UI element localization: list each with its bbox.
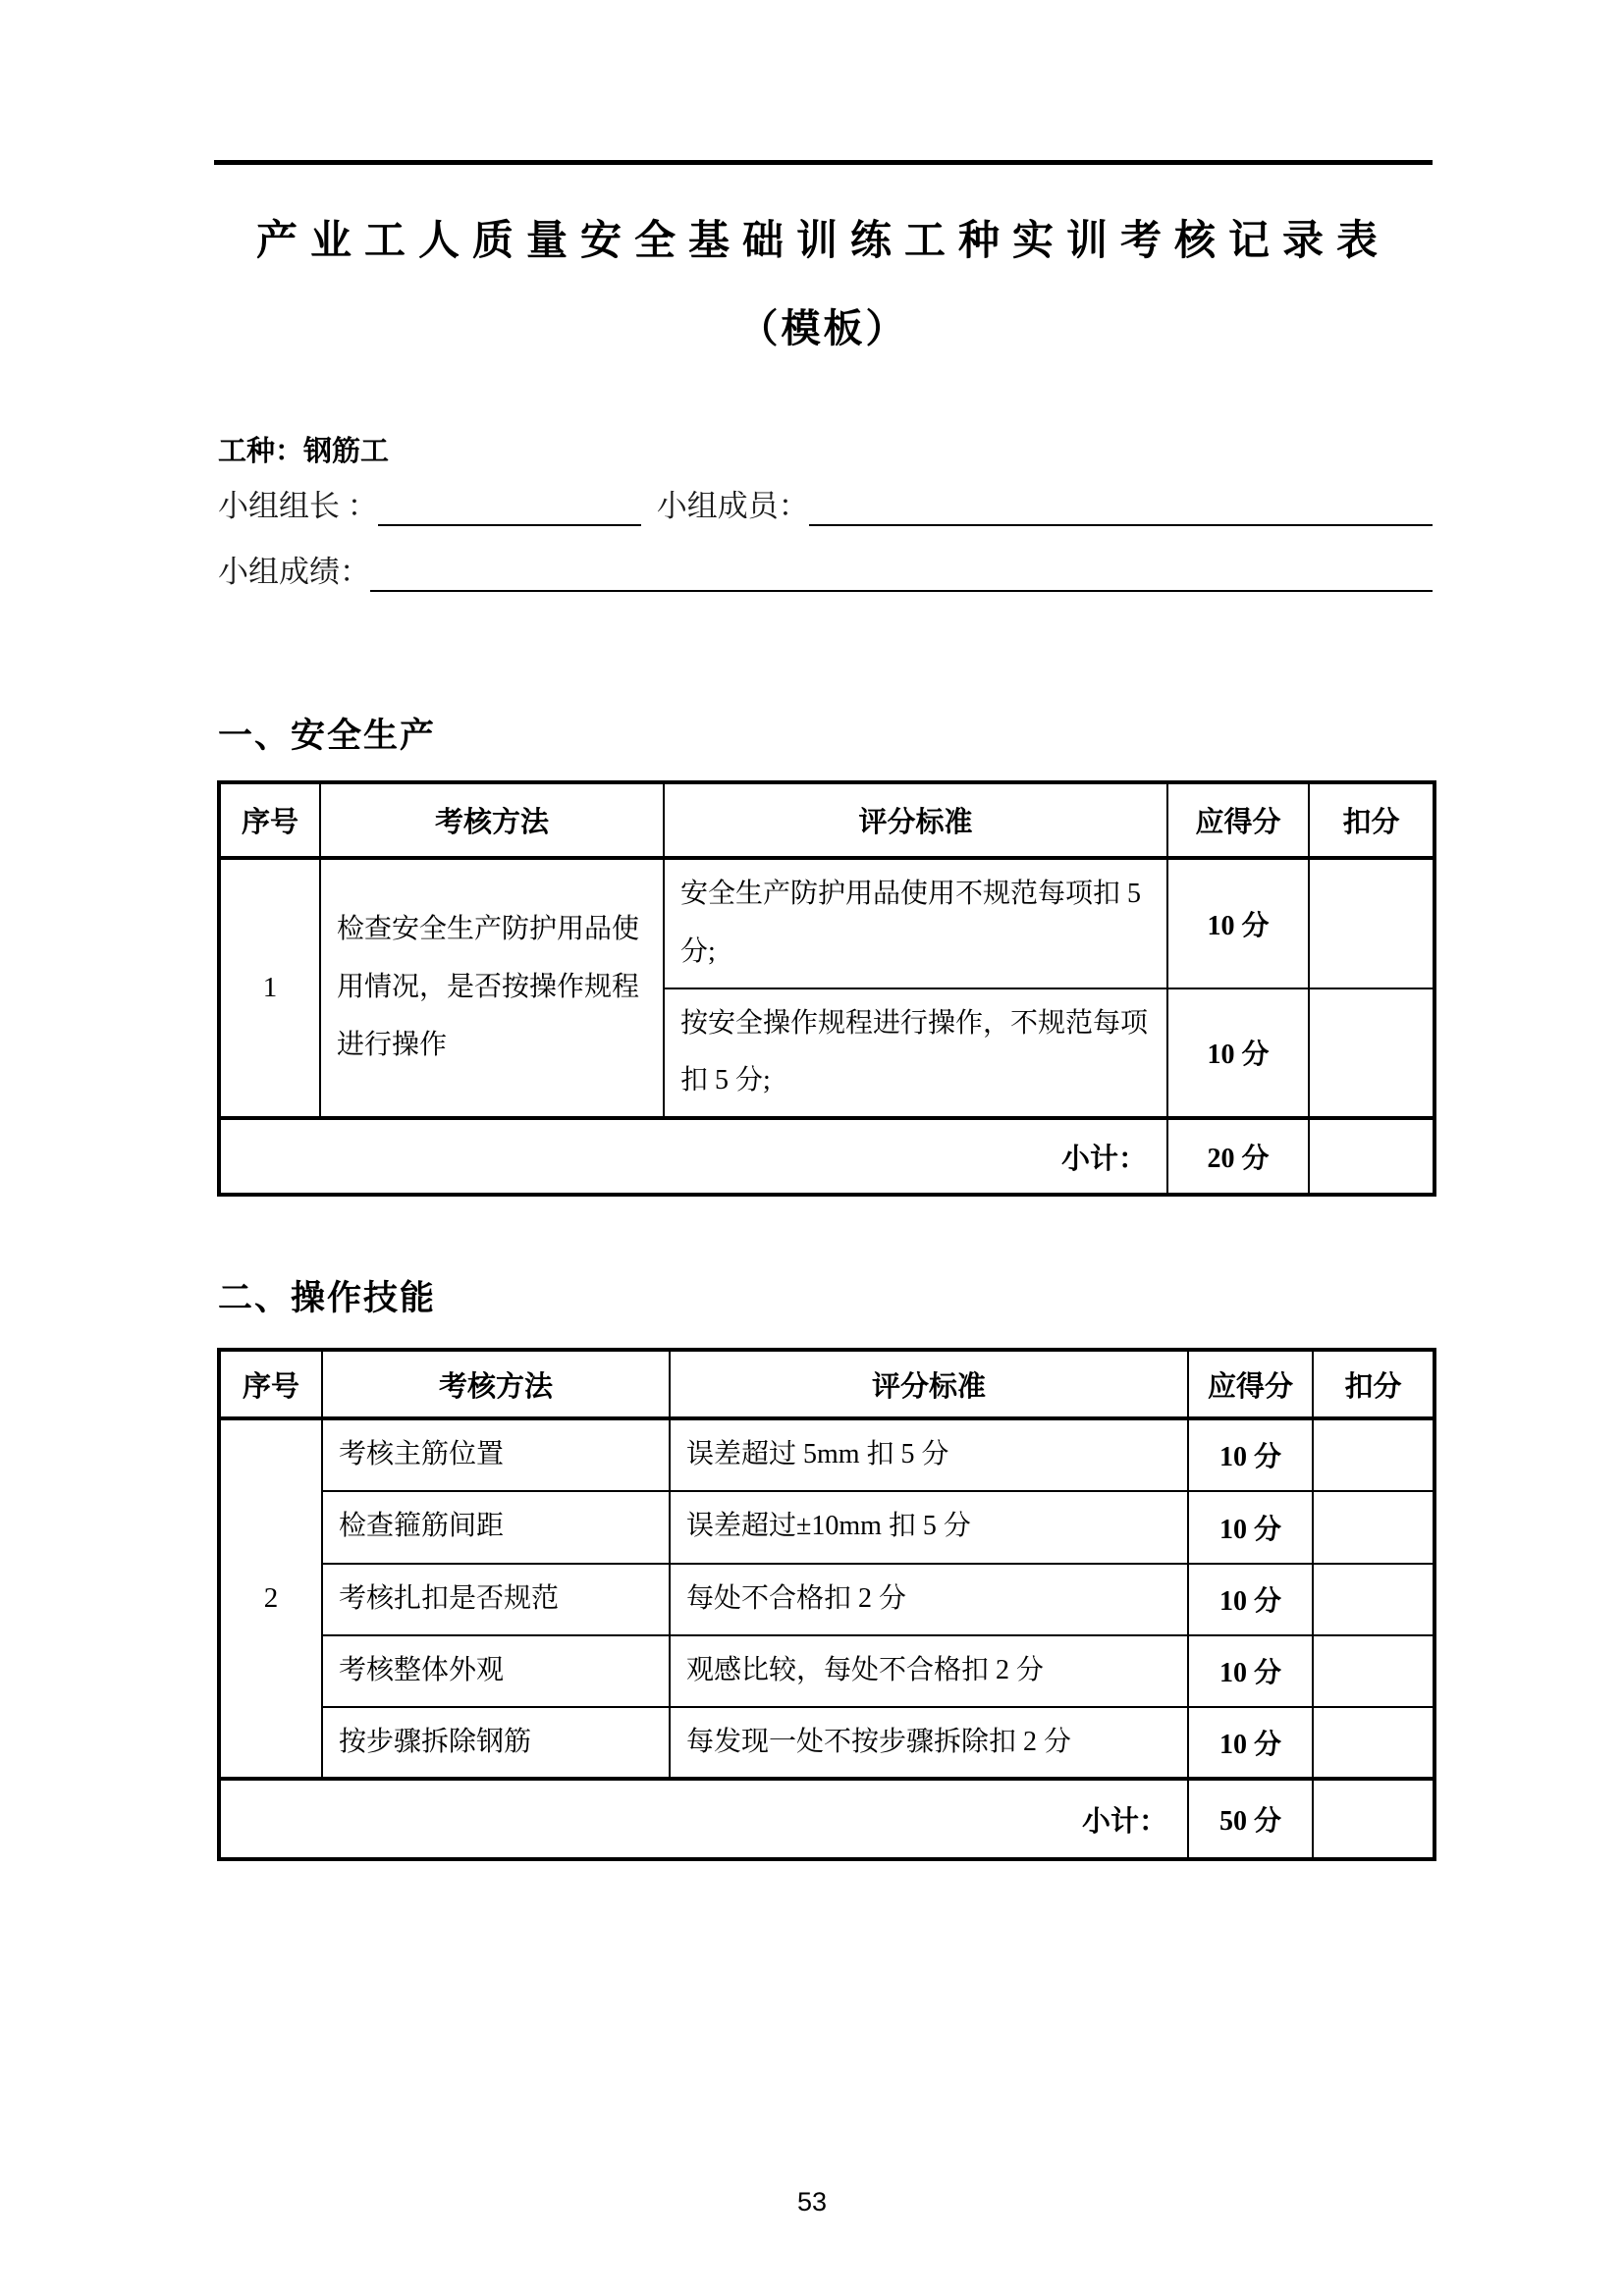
table-header-row: 序号 考核方法 评分标准 应得分 扣分 [219,1350,1435,1418]
cell-criteria: 安全生产防护用品使用不规范每项扣 5 分; [664,858,1167,988]
group-members-label: 小组成员： [657,488,809,526]
document-page: 产业工人质量安全基础训练工种实训考核记录表 （模板） 工种：钢筋工 小组组长 ：… [0,0,1624,2296]
cell-due-score: 10 分 [1188,1491,1313,1564]
cell-method: 考核主筋位置 [322,1418,670,1491]
subtotal-deduction [1309,1118,1435,1195]
header-due-score: 应得分 [1188,1350,1313,1418]
cell-deduction [1313,1635,1435,1707]
cell-criteria: 观感比较，每处不合格扣 2 分 [670,1635,1188,1707]
cell-deduction [1313,1707,1435,1780]
header-rule [214,160,1433,165]
header-method: 考核方法 [322,1350,670,1418]
subtotal-score: 50 分 [1188,1779,1313,1859]
table-row: 按步骤拆除钢筋 每发现一处不按步骤拆除扣 2 分 10 分 [219,1707,1435,1780]
header-criteria: 评分标准 [664,782,1167,858]
group-score-label: 小组成绩： [218,554,370,592]
cell-method: 按步骤拆除钢筋 [322,1707,670,1780]
header-deduction: 扣分 [1313,1350,1435,1418]
cell-deduction [1309,858,1435,988]
subtotal-row: 小计： 50 分 [219,1779,1435,1859]
subtotal-score: 20 分 [1167,1118,1309,1195]
page-number: 53 [0,2187,1624,2217]
table-row: 1 检查安全生产防护用品使用情况，是否按操作规程进行操作 安全生产防护用品使用不… [219,858,1435,988]
group-score-row: 小组成绩： [218,554,1433,592]
group-leader-row: 小组组长 ： 小组成员： [218,488,1433,526]
cell-due-score: 10 分 [1188,1635,1313,1707]
group-leader-blank [378,489,641,526]
group-score-blank [370,555,1433,592]
section1-heading: 一、安全生产 [218,709,436,758]
section2-heading: 二、操作技能 [218,1271,436,1320]
cell-criteria: 每处不合格扣 2 分 [670,1564,1188,1635]
cell-deduction [1313,1491,1435,1564]
cell-due-score: 10 分 [1167,988,1309,1119]
cell-deduction [1309,988,1435,1119]
table-row: 检查箍筋间距 误差超过±10mm 扣 5 分 10 分 [219,1491,1435,1564]
header-deduction: 扣分 [1309,782,1435,858]
cell-method: 考核扎扣是否规范 [322,1564,670,1635]
group-leader-label: 小组组长 ： [218,488,378,526]
cell-criteria: 误差超过 5mm 扣 5 分 [670,1418,1188,1491]
header-method: 考核方法 [320,782,664,858]
cell-criteria: 误差超过±10mm 扣 5 分 [670,1491,1188,1564]
trade-label: 工种：钢筋工 [218,429,389,469]
cell-due-score: 10 分 [1188,1707,1313,1780]
cell-criteria: 按安全操作规程进行操作，不规范每项扣 5 分; [664,988,1167,1119]
header-seq: 序号 [219,1350,322,1418]
table-row: 考核整体外观 观感比较，每处不合格扣 2 分 10 分 [219,1635,1435,1707]
cell-seq: 2 [219,1418,322,1779]
subtotal-row: 小计： 20 分 [219,1118,1435,1195]
cell-deduction [1313,1418,1435,1491]
header-seq: 序号 [219,782,320,858]
table-row: 2 考核主筋位置 误差超过 5mm 扣 5 分 10 分 [219,1418,1435,1491]
cell-seq: 1 [219,858,320,1118]
header-criteria: 评分标准 [670,1350,1188,1418]
subtotal-deduction [1313,1779,1435,1859]
subtotal-label: 小计： [219,1118,1167,1195]
table-row: 考核扎扣是否规范 每处不合格扣 2 分 10 分 [219,1564,1435,1635]
table-header-row: 序号 考核方法 评分标准 应得分 扣分 [219,782,1435,858]
header-due-score: 应得分 [1167,782,1309,858]
page-subtitle: （模板） [214,297,1433,353]
cell-due-score: 10 分 [1188,1564,1313,1635]
skills-table: 序号 考核方法 评分标准 应得分 扣分 2 考核主筋位置 误差超过 5mm 扣 … [217,1348,1436,1861]
subtotal-label: 小计： [219,1779,1188,1859]
page-title: 产业工人质量安全基础训练工种实训考核记录表 [214,208,1433,267]
group-members-blank [809,489,1433,526]
cell-due-score: 10 分 [1167,858,1309,988]
cell-method: 检查安全生产防护用品使用情况，是否按操作规程进行操作 [320,858,664,1118]
cell-criteria: 每发现一处不按步骤拆除扣 2 分 [670,1707,1188,1780]
cell-due-score: 10 分 [1188,1418,1313,1491]
cell-method: 检查箍筋间距 [322,1491,670,1564]
cell-deduction [1313,1564,1435,1635]
cell-method: 考核整体外观 [322,1635,670,1707]
safety-table: 序号 考核方法 评分标准 应得分 扣分 1 检查安全生产防护用品使用情况，是否按… [217,780,1436,1197]
